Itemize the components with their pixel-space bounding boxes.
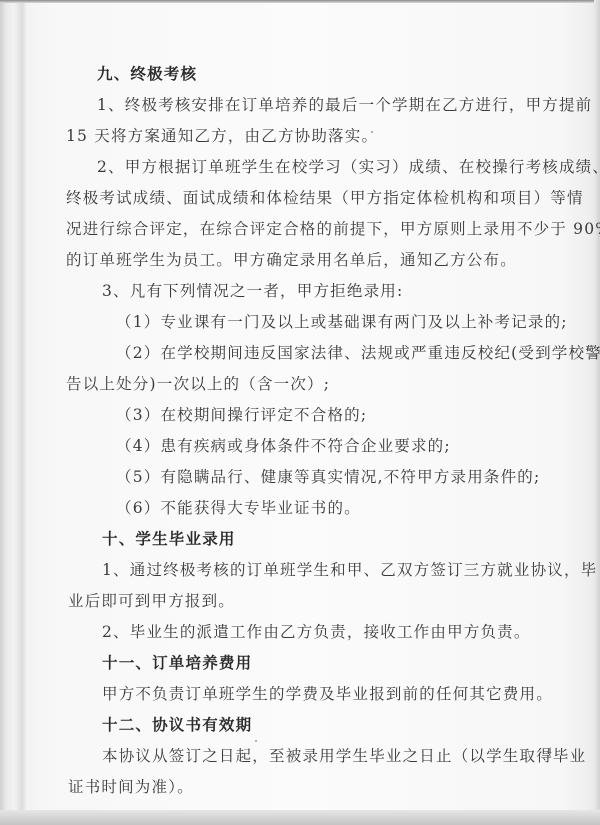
paragraph-line: 1、通过终极考核的订单班学生和甲、乙双方签订三方就业协议，毕 (102, 560, 597, 580)
list-item: （3）在校期间操行评定不合格的; (116, 405, 367, 425)
paragraph-line: 2、毕业生的派遣工作由乙方负责，接收工作由甲方负责。 (102, 622, 531, 642)
paragraph-line: 3、凡有下列情况之一者，甲方拒绝录用: (102, 281, 403, 301)
list-item: （4）患有疾病或身体条件不符合企业要求的; (116, 436, 451, 456)
paragraph-line: 本协议从签订之日起，至被录用学生毕业之日止（以学生取得毕业 (102, 746, 586, 766)
section-heading-10: 十、学生毕业录用 (102, 529, 236, 549)
paragraph-line: 1、终极考核安排在订单培养的最后一个学期在乙方进行，甲方提前 (97, 95, 592, 115)
paragraph-line: 的订单班学生为员工。甲方确定录用名单后，通知乙方公布。 (66, 250, 517, 270)
section-heading-12: 十二、协议书有效期 (102, 715, 252, 735)
page-right-edge (594, 0, 600, 825)
page-bottom-edge (0, 810, 600, 825)
section-heading-9: 九、终极考核 (97, 64, 197, 84)
list-item: （6）不能获得大专毕业证书的。 (116, 498, 361, 518)
paragraph-line: 15 天将方案通知乙方，由乙方协助落实。 (66, 126, 378, 146)
paragraph-line: 证书时间为准）。 (68, 777, 194, 797)
paragraph-line: 2、甲方根据订单班学生在校学习（实习）成绩、在校操行考核成绩、 (97, 157, 600, 177)
scan-speck (371, 131, 373, 133)
list-item-continuation: 告以上处分)一次以上的（含一次）; (66, 374, 330, 394)
scan-speck (255, 740, 257, 742)
section-heading-11: 十一、订单培养费用 (102, 653, 252, 673)
paragraph-line: 况进行综合评定，在综合评定合格的前提下，甲方原则上录用不少于 90% (66, 219, 600, 239)
list-item: （2）在学校期间违反国家法律、法规或严重违反校纪(受到学校警 (116, 343, 600, 363)
paragraph-line: 甲方不负责订单班学生的学费及毕业报到前的任何其它费用。 (102, 684, 553, 704)
page-number: 4 (547, 746, 552, 756)
paragraph-line: 终极考试成绩、面试成绩和体检结果（甲方指定体检机构和项目）等情 (66, 188, 584, 208)
list-item: （1）专业课有一门及以上或基础课有两门及以上补考记录的; (116, 312, 568, 332)
paragraph-line: 业后即可到甲方报到。 (68, 591, 235, 611)
scan-speck (553, 319, 555, 321)
page-top-edge (0, 0, 600, 3)
list-item: （5）有隐瞒品行、健康等真实情况,不符甲方录用条件的; (116, 467, 540, 487)
